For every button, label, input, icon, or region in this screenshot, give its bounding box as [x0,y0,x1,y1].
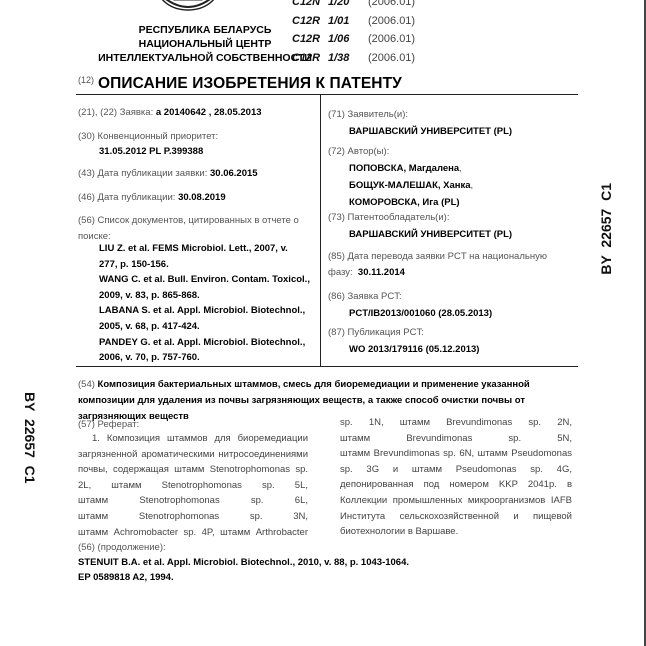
field-value: ВАРШАВСКИЙ УНИВЕРСИТЕТ (PL) [328,123,512,140]
abstract-line: штамм Brevundimonas sp. 5N, [340,431,572,447]
abstract-line: штамм Stenotrophomonas sp. 3N, [78,509,308,525]
field-87: (87) Публикация PCT: WO 2013/179116 (05.… [328,324,479,358]
inid-code: (12) [78,75,94,85]
abstract-column-2: sp. 1N, штамм Brevundimonas sp. 2N, штам… [340,415,572,540]
column-divider [320,94,321,366]
document-title: (12)ОПИСАНИЕ ИЗОБРЕТЕНИЯ К ПАТЕНТУ [78,75,402,93]
field-21-22: (21), (22) Заявка: a 20140642 , 28.05.20… [78,106,262,119]
ipc-version: (2006.01) [368,0,415,8]
ipc-row: C12R1/01(2006.01) [292,12,415,31]
ipc-classification: C12N1/20(2006.01) C12R1/01(2006.01) C12R… [292,0,415,68]
abstract-line: загрязненной ароматическими нитросоедине… [78,447,308,463]
reference-line: 2006, v. 70, p. 757-760. [99,350,310,366]
field-label: (46) Дата публикации: [78,192,175,203]
abstract-line: биотехнологии в Варшаве. [340,524,572,540]
ipc-class: C12R [292,49,328,68]
reference-line: WANG C. et al. Bull. Environ. Contam. To… [99,272,310,288]
margin-patent-number-left: BY 22657 C1 [22,392,38,484]
abstract-line: 2L, штамм Stenotrophomonas sp. 5L, [78,478,308,494]
field-46: (46) Дата публикации: 30.08.2019 [78,191,226,204]
reference-line: PANDEY G. et al. Appl. Microbiol. Biotec… [99,335,310,351]
field-label: (71) Заявитель(и): [328,106,512,123]
ipc-class: C12R [292,12,328,31]
field-label: (56) (продолжение): [78,540,409,555]
reference-line: LABANA S. et al. Appl. Microbiol. Biotec… [99,303,310,319]
ipc-group: 1/06 [328,30,368,49]
reference-line: 2009, v. 83, p. 865-868. [99,288,310,304]
ipc-group: 1/01 [328,12,368,31]
divider-top [76,94,578,95]
ipc-class: C12N [292,0,328,12]
field-73: (73) Патентообладатель(и): ВАРШАВСКИЙ УН… [328,209,512,243]
ipc-version: (2006.01) [368,15,415,27]
field-value: PCT/IB2013/001060 (28.05.2013) [328,305,492,322]
author-name: КОМОРОВСКА, Ига (PL) [349,197,460,208]
field-label: (43) Дата публикации заявки: [78,168,207,179]
ipc-version: (2006.01) [368,52,415,64]
cited-references: LIU Z. et al. FEMS Microbiol. Lett., 200… [99,241,310,366]
field-label: (85) Дата перевода заявки PCT на национа… [328,249,547,265]
ipc-version: (2006.01) [368,33,415,45]
field-label: (86) Заявка PCT: [328,288,492,305]
title-text: ОПИСАНИЕ ИЗОБРЕТЕНИЯ К ПАТЕНТУ [98,75,402,92]
divider-bottom [76,366,578,367]
abstract-line: sp. 1N, штамм Brevundimonas sp. 2N, [340,415,572,431]
abstract-line: штамм Brevundimonas sp. 6N, штамм Pseudo… [340,446,572,462]
field-72: (72) Автор(ы): ПОПОВСКА, Магдалена, БОЩУ… [328,143,473,211]
references-continuation: (56) (продолжение): STENUIT B.A. et al. … [78,540,409,585]
field-label: (56) Список документов, цитированных в о… [78,213,299,229]
field-value: WO 2013/179116 (05.12.2013) [328,341,479,358]
field-value: 30.08.2019 [178,192,226,203]
author-name: БОЩУК-МАЛЕШАК, Ханка [349,180,471,191]
abstract-line: Института сельскохозяйственной и пищевой [340,509,572,525]
ipc-class: C12R [292,30,328,49]
reference-line: LIU Z. et al. FEMS Microbiol. Lett., 200… [99,241,310,257]
abstract-line: sp. 3G и штамм Pseudomonas sp. 4G, [340,462,572,478]
field-value: a 20140642 , 28.05.2013 [156,107,262,118]
reference-line: STENUIT B.A. et al. Appl. Microbiol. Bio… [78,555,409,570]
margin-patent-number-right: BY 22657 C1 [598,183,614,275]
abstract-column-1: 1. Композиция штаммов для биоремедиации … [78,431,308,540]
state-emblem-icon [138,0,238,12]
inid-code: (54) [78,379,95,390]
reference-line: 2005, v. 68, p. 417-424. [99,319,310,335]
field-value: ВАРШАВСКИЙ УНИВЕРСИТЕТ (PL) [328,226,512,243]
reference-line: 277, p. 150-156. [99,257,310,273]
ipc-group: 1/20 [328,0,368,12]
field-label: (30) Конвенционный приоритет: [78,130,218,143]
field-value: 31.05.2012 PL P.399388 [78,145,218,158]
abstract-line: депонированная под номером KKP 2041p. в [340,477,572,493]
ipc-group: 1/38 [328,49,368,68]
abstract-line: 1. Композиция штаммов для биоремедиации [78,431,308,447]
field-label: (57) Реферат: [78,419,139,430]
author-separator: , [471,180,474,191]
field-71: (71) Заявитель(и): ВАРШАВСКИЙ УНИВЕРСИТЕ… [328,106,512,140]
reference-line: EP 0589818 A2, 1994. [78,570,409,585]
field-30: (30) Конвенционный приоритет: 31.05.2012… [78,130,218,158]
field-56: (56) Список документов, цитированных в о… [78,213,299,244]
field-85: (85) Дата перевода заявки PCT на национа… [328,249,547,281]
field-label: (73) Патентообладатель(и): [328,209,512,226]
field-43: (43) Дата публикации заявки: 30.06.2015 [78,167,258,180]
field-label: (72) Автор(ы): [328,143,473,160]
field-label: (87) Публикация PCT: [328,324,479,341]
field-86: (86) Заявка PCT: PCT/IB2013/001060 (28.0… [328,288,492,322]
author-separator: , [459,163,462,174]
ipc-row: C12R1/38(2006.01) [292,49,415,68]
field-value: 30.06.2015 [210,168,258,179]
author-name: ПОПОВСКА, Магдалена [349,163,459,174]
abstract-line: Коллекции промышленных микроорганизмов I… [340,493,572,509]
abstract-line: почвы, содержащая штамм Stenotrophomonas… [78,462,308,478]
field-label: (21), (22) Заявка: [78,107,153,118]
abstract-line: штамм Stenotrophomonas sp. 6L, [78,493,308,509]
field-label: фазу: [328,267,353,278]
field-value: 30.11.2014 [358,267,405,278]
ipc-row: C12N1/20(2006.01) [292,0,415,12]
abstract-line: штамм Achromobacter sp. 4P, штамм Arthro… [78,525,308,541]
ipc-row: C12R1/06(2006.01) [292,30,415,49]
abstract-label: (57) Реферат: [78,418,139,431]
